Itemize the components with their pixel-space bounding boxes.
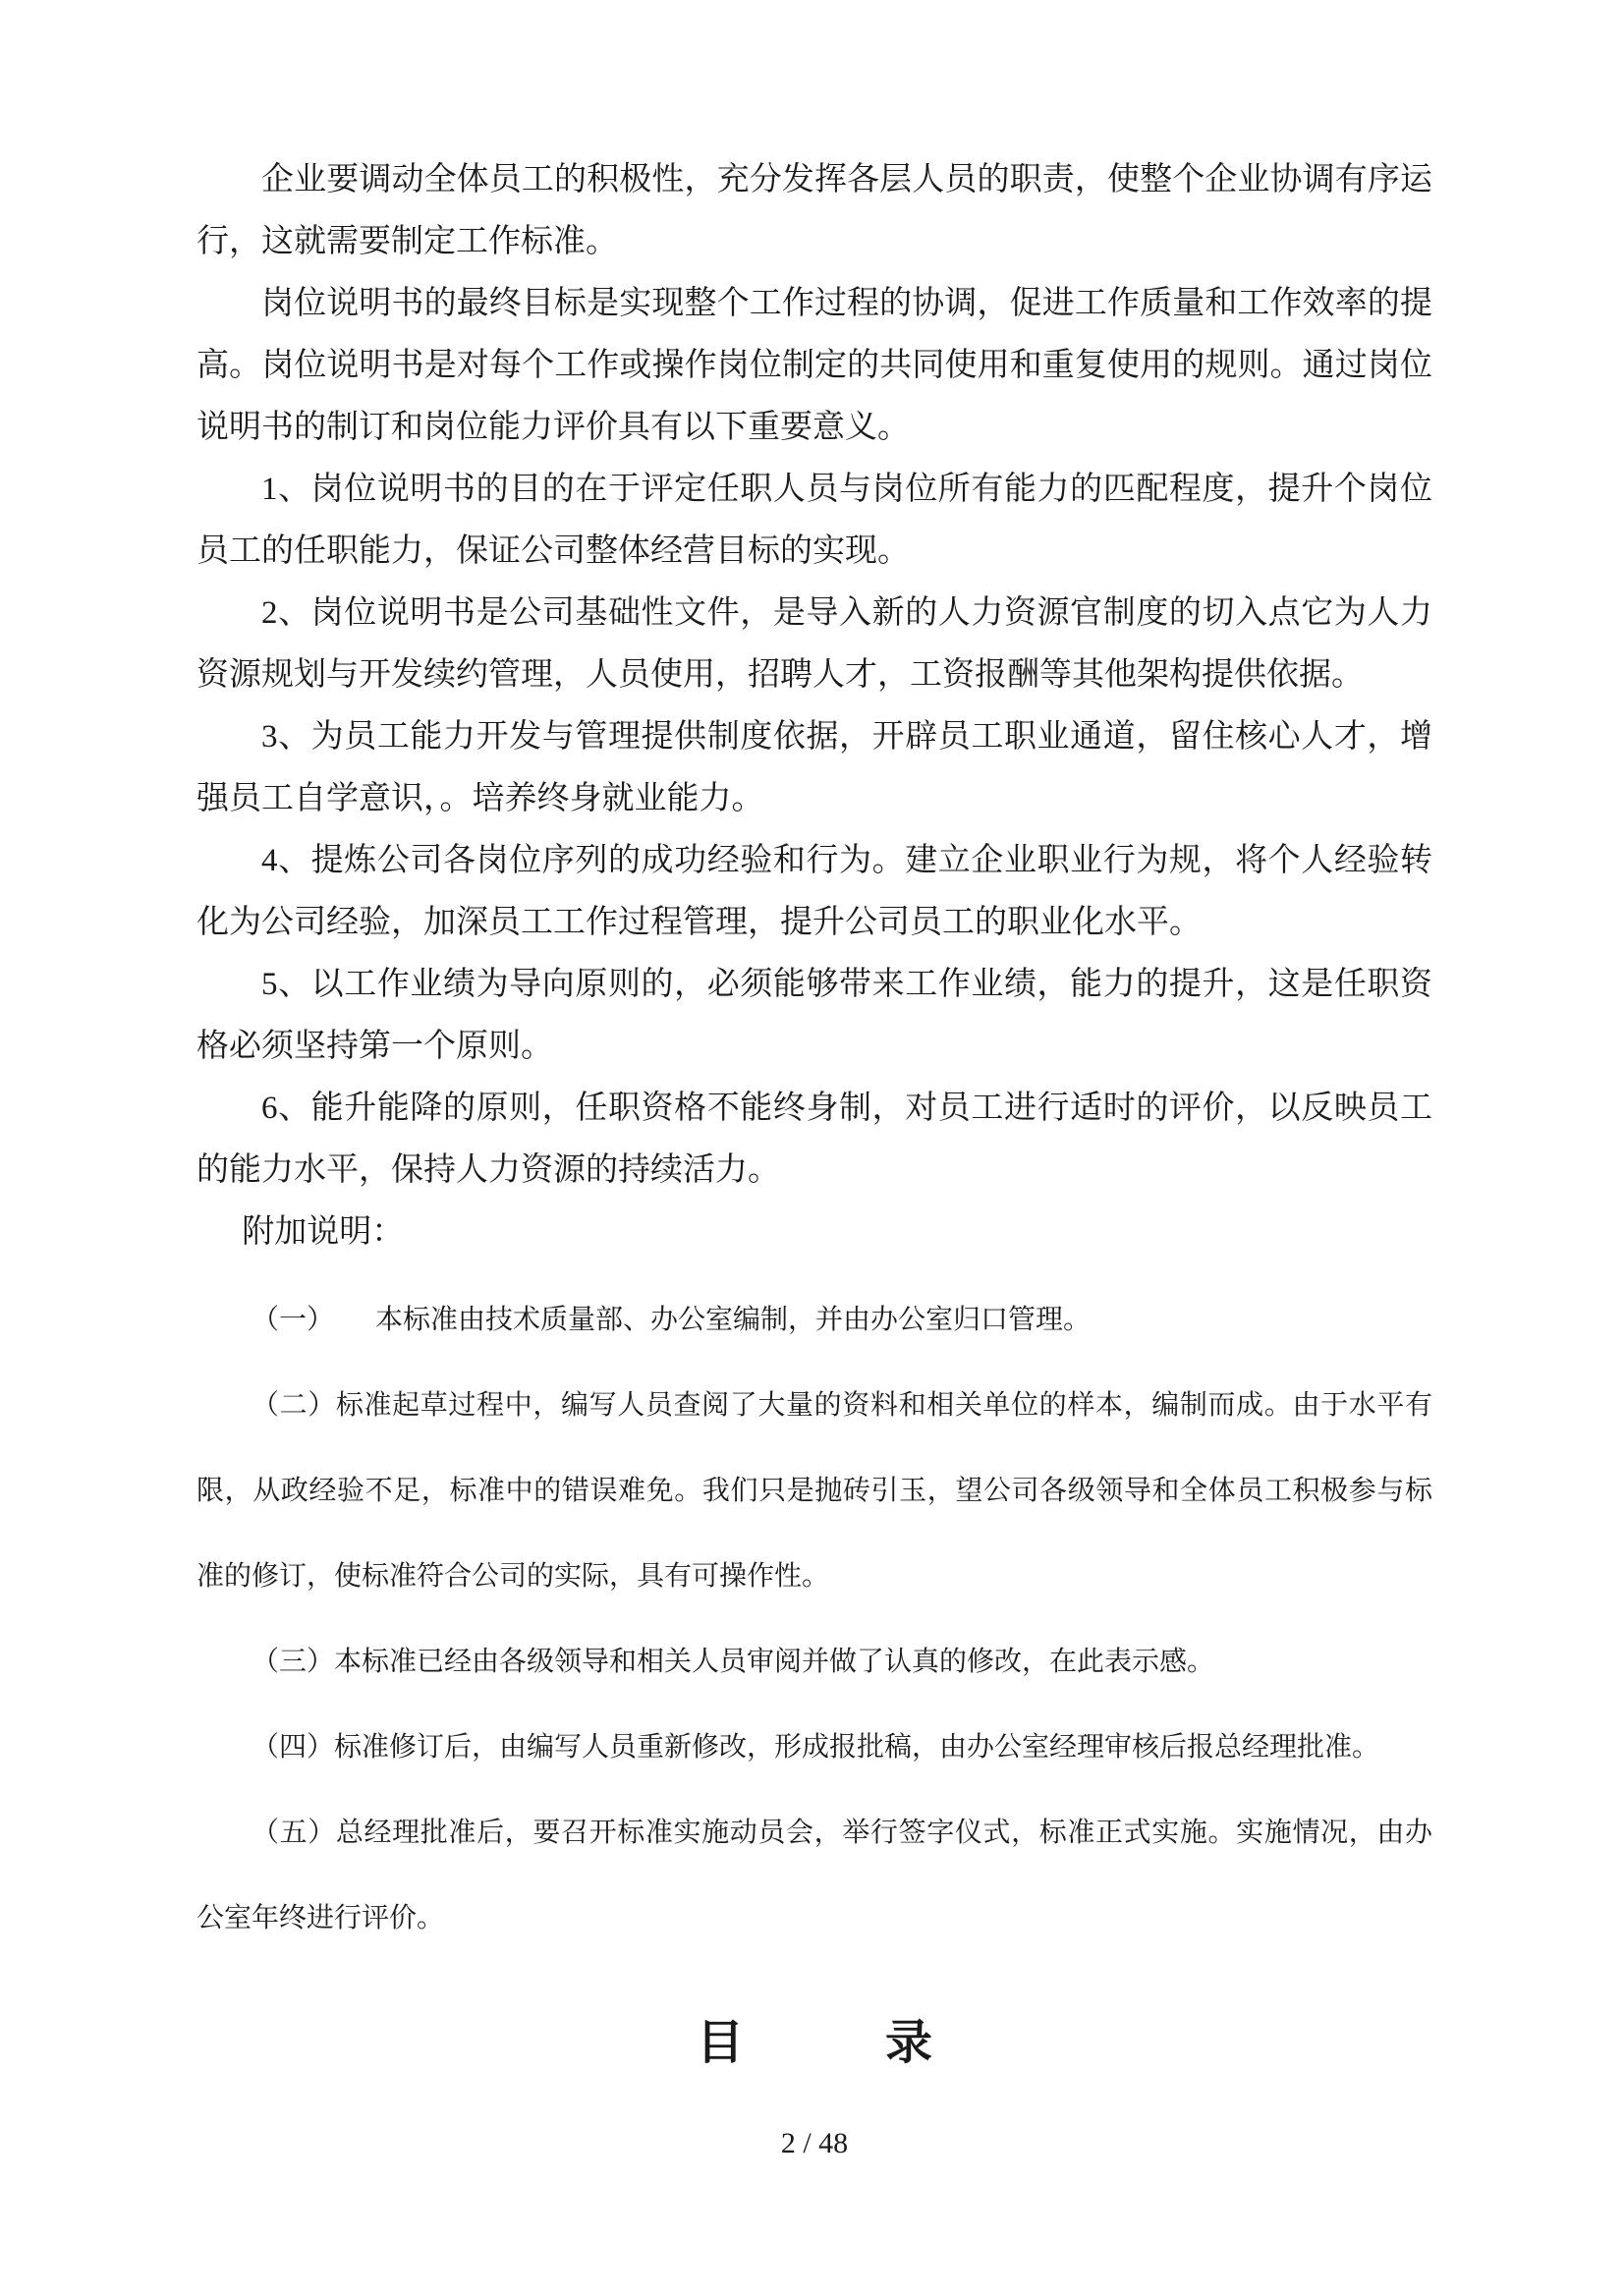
note-paragraph: （四）标准修订后，由编写人员重新修改，形成报批稿，由办公室经理审核后报总经理批准… <box>196 1705 1432 1790</box>
body-paragraph: 2、岗位说明书是公司基础性文件，是导入新的人力资源官制度的切入点它为人力资源规划… <box>196 583 1432 706</box>
body-section: 企业要调动全体员工的积极性，充分发挥各层人员的职责，使整个企业协调有序运行，这就… <box>196 149 1432 1263</box>
note-paragraph: （二）标准起草过程中，编写人员查阅了大量的资料和相关单位的样本，编制而成。由于水… <box>196 1363 1432 1619</box>
toc-heading: 目 录 <box>196 2016 1432 2070</box>
body-paragraph: 3、为员工能力开发与管理提供制度依据，开辟员工职业通道，留住核心人才，增强员工自… <box>196 706 1432 830</box>
body-paragraph: 岗位说明书的最终目标是实现整个工作过程的协调，促进工作质量和工作效率的提高。岗位… <box>196 273 1432 459</box>
body-paragraph: 4、提炼公司各岗位序列的成功经验和行为。建立企业职业行为规，将个人经验转化为公司… <box>196 830 1432 954</box>
document-page: 企业要调动全体员工的积极性，充分发挥各层人员的职责，使整个企业协调有序运行，这就… <box>0 0 1624 2296</box>
body-paragraph: 6、能升能降的原则，任职资格不能终身制，对员工进行适时的评价，以反映员工的能力水… <box>196 1078 1432 1202</box>
notes-heading: 附加说明： <box>196 1202 1432 1263</box>
page-number: 2 / 48 <box>196 2124 1432 2163</box>
note-paragraph: （五）总经理批准后，要召开标准实施动员会，举行签字仪式，标准正式实施。实施情况，… <box>196 1790 1432 1961</box>
note-paragraph: （一） 本标准由技术质量部、办公室编制，并由办公室归口管理。 <box>196 1277 1432 1363</box>
body-paragraph: 1、岗位说明书的目的在于评定任职人员与岗位所有能力的匹配程度，提升个岗位员工的任… <box>196 459 1432 583</box>
note-paragraph: （三）本标准已经由各级领导和相关人员审阅并做了认真的修改，在此表示感。 <box>196 1619 1432 1705</box>
body-paragraph: 企业要调动全体员工的积极性，充分发挥各层人员的职责，使整个企业协调有序运行，这就… <box>196 149 1432 273</box>
notes-section: （一） 本标准由技术质量部、办公室编制，并由办公室归口管理。 （二）标准起草过程… <box>196 1277 1432 1961</box>
body-paragraph: 5、以工作业绩为导向原则的，必须能够带来工作业绩，能力的提升，这是任职资格必须坚… <box>196 954 1432 1078</box>
